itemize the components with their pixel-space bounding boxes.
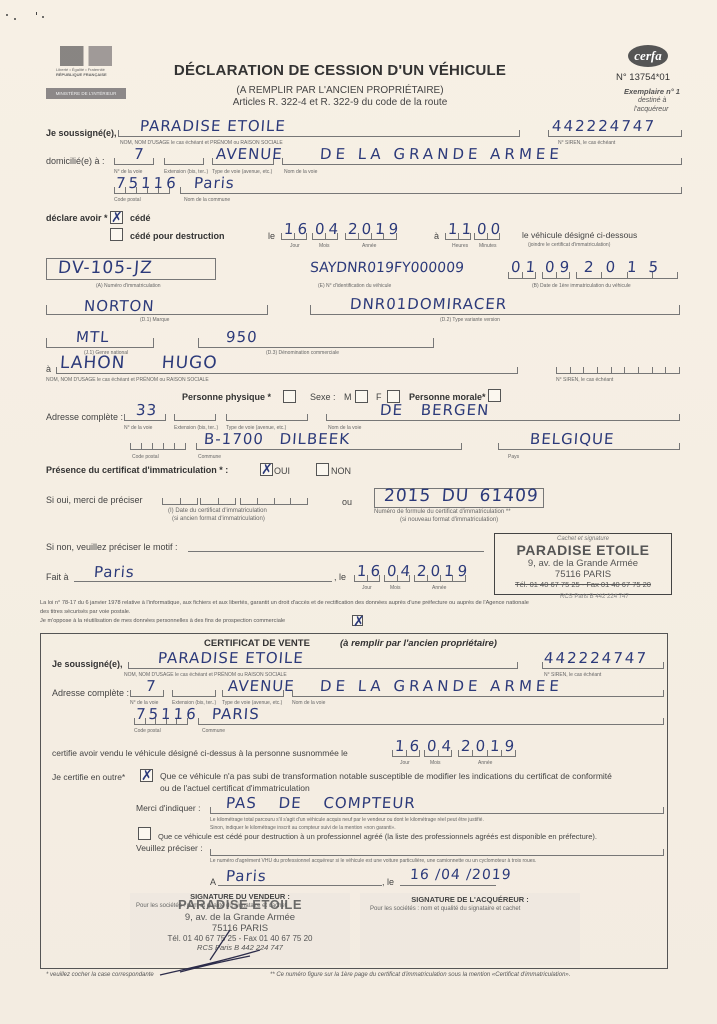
- first-reg-month-value: 09: [544, 258, 574, 276]
- vehicle-designated-text: le véhicule désigné ci-dessous: [522, 230, 637, 240]
- fait-day-value: 16: [356, 562, 384, 580]
- sex-label: Sexe :: [310, 392, 336, 402]
- sale-le-label: , le: [382, 877, 394, 887]
- sale-year-caption: Année: [478, 760, 492, 766]
- sex-m-checkbox[interactable]: [355, 390, 368, 403]
- buyer-siren-field[interactable]: [556, 367, 680, 374]
- fait-day-caption: Jour: [362, 585, 372, 591]
- sale-month-value: 04: [426, 737, 456, 755]
- motif-label: Si non, veuillez préciser le motif :: [46, 542, 178, 552]
- seller-signature-scribble-icon: [150, 920, 270, 980]
- indicate-value: PAS DE COMPTEUR: [225, 794, 416, 812]
- seller-street-type-value: AVENUE: [215, 145, 283, 163]
- legal-text-2: des titres sécurisés par voie postale.: [40, 609, 130, 615]
- certificate-non-label: NON: [331, 466, 351, 476]
- sale-a-label: A: [210, 877, 216, 887]
- buyer-signature-note: Pour les sociétés : nom et qualité du si…: [370, 906, 520, 912]
- physical-person-label: Personne physique *: [182, 392, 271, 402]
- ou-label: ou: [342, 497, 352, 507]
- sale-date-value: 16 /04 /2019: [409, 867, 512, 883]
- plate-caption: (A) Numéro d'immatriculation: [96, 283, 161, 289]
- veuillez-preciser-label: Veuillez préciser :: [136, 843, 203, 853]
- form-title: DÉCLARATION DE CESSION D'UN VÉHICULE: [150, 62, 530, 79]
- sale-address-label: Adresse complète :: [52, 688, 129, 698]
- seller-name-value: PARADISE ETOILE: [139, 117, 286, 135]
- vhu-number-field[interactable]: [210, 849, 664, 856]
- type-variant-caption: (D.2) Type variante version: [440, 317, 500, 323]
- first-reg-year-value: 2015: [583, 258, 670, 276]
- buyer-street-name-value: DE BERGEN: [379, 401, 490, 419]
- cession-month-value: 04: [314, 220, 342, 238]
- sale-extension-field[interactable]: [172, 690, 216, 697]
- seller-street-name-caption: Nom de la voie: [284, 169, 317, 175]
- seller-street-name-value: DE LA GRANDE ARMEE: [319, 145, 563, 163]
- buyer-a-label: à: [46, 364, 51, 374]
- old-cert-caption-2: (si ancien format d'immatriculation): [172, 516, 265, 522]
- fait-month-caption: Mois: [390, 585, 401, 591]
- oppose-label: Je m'oppose à la réutilisation de mes do…: [40, 618, 285, 624]
- certify-sold-text: certifie avoir vendu le véhicule désigné…: [52, 748, 348, 758]
- buyer-extension-field[interactable]: [174, 414, 216, 421]
- old-cert-day-field[interactable]: [162, 498, 198, 505]
- sale-postal-code-value: 75116: [135, 705, 199, 723]
- sale-seller-label: Je soussigné(e),: [52, 659, 123, 669]
- cession-hours-value: 11: [447, 220, 475, 238]
- buyer-country-value: BELGIQUE: [529, 430, 615, 448]
- cession-day-caption: Jour: [290, 243, 300, 249]
- buyer-commune-caption: Commune: [198, 454, 221, 460]
- buyer-postal-code-caption: Code postal: [132, 454, 159, 460]
- first-reg-day-value: 01: [510, 258, 540, 276]
- buyer-street-number-value: 33: [135, 401, 157, 419]
- sale-place-value: Paris: [225, 867, 267, 885]
- stamp-company: PARADISE ETOILE: [495, 542, 671, 558]
- sale-commune-caption: Commune: [202, 728, 225, 734]
- commercial-name-caption: (D.3) Dénomination commerciale: [266, 350, 339, 356]
- fait-label: Fait à: [46, 572, 69, 582]
- footer-note-2: ** Ce numéro figure sur la 1ère page du …: [270, 972, 570, 978]
- seller-siren-caption: N° SIREN, le cas échéant: [558, 140, 615, 146]
- formula-caption-1: Numéro de formule du certificat d'immatr…: [374, 509, 511, 515]
- sale-street-name-caption: Nom de la voie: [292, 700, 325, 706]
- sale-commune-value: PARIS: [211, 705, 260, 723]
- old-cert-year-field[interactable]: [240, 498, 308, 505]
- no-transform-text-2: ou de l'actuel certificat d'immatriculat…: [160, 783, 310, 793]
- certify-further-label: Je certifie en outre*: [52, 772, 125, 782]
- cession-year-caption: Année: [362, 243, 376, 249]
- sex-m-label: M: [344, 392, 352, 402]
- certificate-oui-checkbox[interactable]: [260, 463, 273, 476]
- stamp-rcs: RCS Paris B 442 224 747: [560, 594, 629, 600]
- buyer-country-caption: Pays: [508, 454, 519, 460]
- seller-siren-value: 442224747: [551, 117, 656, 135]
- logo-republic: RÉPUBLIQUE FRANÇAISE: [56, 72, 107, 77]
- fait-le-label: , le: [334, 572, 346, 582]
- fait-year-value: 2019: [416, 562, 471, 580]
- type-variant-value: DNR01DOMIRACER: [349, 295, 507, 313]
- cession-minutes-caption: Minutes: [479, 243, 497, 249]
- seller-extension-field[interactable]: [164, 158, 204, 165]
- fait-place-field[interactable]: [74, 581, 332, 582]
- vehicle-designated-note: (joindre le certificat d'immatriculation…: [528, 242, 610, 248]
- domicile-label: domicilié(e) à :: [46, 156, 105, 166]
- cession-year-value: 2019: [347, 220, 402, 238]
- sale-postal-code-caption: Code postal: [134, 728, 161, 734]
- buyer-street-type-field[interactable]: [226, 414, 308, 421]
- buyer-name-value: LAHON HUGO: [59, 353, 218, 373]
- sale-siren-value: 442224747: [543, 649, 648, 667]
- plate-value: DV-105-JZ: [57, 258, 153, 278]
- motif-field[interactable]: [188, 551, 484, 552]
- indicate-label: Merci d'indiquer :: [136, 803, 200, 813]
- sale-street-name-value: DE LA GRANDE ARMEE: [319, 677, 563, 695]
- sale-cert-title-note: (à remplir par l'ancien propriétaire): [340, 638, 497, 649]
- oppose-checkbox[interactable]: [352, 615, 363, 626]
- marianne-logo: Liberté • Égalité • Fraternité RÉPUBLIQU…: [56, 46, 118, 80]
- commercial-name-value: 950: [225, 328, 258, 346]
- certificate-oui-label: OUI: [274, 466, 290, 476]
- cession-month-caption: Mois: [319, 243, 330, 249]
- copy-dest-2: l'acquéreur: [634, 106, 668, 113]
- scan-speck: [14, 18, 16, 20]
- vin-caption: (E) N° d'identification du véhicule: [318, 283, 391, 289]
- ceded-label: cédé: [130, 213, 151, 223]
- no-transform-text-1: Que ce véhicule n'a pas subi de transfor…: [160, 771, 612, 781]
- copy-dest-1: destiné à: [638, 97, 666, 104]
- old-cert-month-field[interactable]: [200, 498, 236, 505]
- vhu-note: Le numéro d'agrément VHU du professionne…: [210, 858, 536, 864]
- brand-field[interactable]: [46, 305, 268, 315]
- marianne-icon: [60, 46, 112, 66]
- cerfa-logo: cerfa: [628, 45, 668, 67]
- buyer-siren-caption: N° SIREN, le cas échéant: [556, 377, 613, 383]
- scan-speck: [6, 14, 8, 16]
- formula-caption-2: (si nouveau format d'immatriculation): [400, 517, 498, 523]
- fait-place-value: Paris: [93, 563, 135, 581]
- cession-minutes-value: 00: [476, 220, 504, 238]
- certificate-non-checkbox[interactable]: [316, 463, 329, 476]
- form-subtitle-2: Articles R. 322-4 et R. 322-9 du code de…: [170, 97, 510, 108]
- seller-city-caption: Nom de la commune: [184, 197, 230, 203]
- fait-month-value: 04: [386, 562, 414, 580]
- seller-city-value: Paris: [193, 174, 235, 192]
- ceded-checkbox[interactable]: [110, 211, 123, 224]
- ministry-label: MINISTÈRE DE L'INTÉRIEUR: [46, 88, 126, 99]
- cession-form-page: Liberté • Égalité • Fraternité RÉPUBLIQU…: [0, 0, 717, 1024]
- first-reg-caption: (B) Date de 1ère immatriculation du véhi…: [532, 283, 631, 289]
- destruction-checkbox[interactable]: [110, 228, 123, 241]
- time-a-label: à: [434, 231, 439, 241]
- stamp-box: Cachet et signature PARADISE ETOILE 9, a…: [494, 533, 672, 595]
- stamp-address-2: 75116 PARIS: [495, 569, 671, 580]
- cession-hours-caption: Heures: [452, 243, 468, 249]
- brand-caption: (D.1) Marque: [140, 317, 169, 323]
- seller-stamp-company: PARADISE ETOILE: [130, 897, 350, 912]
- legal-text-1: La loi n° 78-17 du 6 janvier 1978 relati…: [40, 600, 529, 606]
- sale-month-caption: Mois: [430, 760, 441, 766]
- genre-value: MTL: [75, 328, 110, 346]
- km-note-1: Le kilométrage total parcouru s'il s'agi…: [210, 817, 484, 823]
- seller-label: Je soussigné(e),: [46, 128, 117, 138]
- date-le-label: le: [268, 231, 275, 241]
- vin-value: SAYDNR019FY000009: [309, 260, 464, 276]
- sale-street-type-value: AVENUE: [227, 677, 295, 695]
- cerfa-number: N° 13754*01: [616, 72, 670, 83]
- ministry-banner: MINISTÈRE DE L'INTÉRIEUR: [46, 88, 126, 99]
- physical-person-checkbox[interactable]: [283, 390, 296, 403]
- precise-label: Si oui, merci de préciser: [46, 495, 143, 505]
- seller-street-number-value: 7: [133, 145, 145, 163]
- buyer-street-number-caption: N° de la voie: [124, 425, 152, 431]
- sale-day-value: 16: [394, 737, 424, 755]
- cession-day-value: 16: [283, 220, 311, 238]
- cerfa-logo-text: cerfa: [628, 45, 668, 67]
- certificate-presence-label: Présence du certificat d'immatriculation…: [46, 465, 228, 475]
- sale-commune-field[interactable]: [198, 718, 664, 725]
- seller-city-field[interactable]: [180, 187, 682, 194]
- form-subtitle-1: (A REMPLIR PAR L'ANCIEN PROPRIÉTAIRE): [170, 85, 510, 96]
- buyer-name-caption: NOM, NOM D'USAGE le cas échéant et PRÉNO…: [46, 377, 209, 383]
- buyer-address-label: Adresse complète :: [46, 412, 123, 422]
- destruction-pro-text: Que ce véhicule est cédé pour destructio…: [158, 832, 597, 841]
- brand-value: NORTON: [83, 297, 155, 315]
- sale-year-value: 2019: [460, 737, 519, 755]
- buyer-commune-value: B-1700 DILBEEK: [203, 430, 350, 448]
- stamp-address-1: 9, av. de la Grande Armée: [495, 558, 671, 569]
- copy-label: Exemplaire n° 1: [624, 87, 680, 96]
- seller-postal-code-caption: Code postal: [114, 197, 141, 203]
- sale-date-field[interactable]: [400, 885, 496, 886]
- km-note-2: Sinon, indiquer le kilométrage inscrit a…: [210, 825, 396, 831]
- sale-cert-title: CERTIFICAT DE VENTE: [204, 638, 310, 649]
- destruction-label: cédé pour destruction: [130, 231, 225, 241]
- scan-speck: [42, 16, 44, 18]
- footer-note-1: * veuillez cocher la case correspondante: [46, 972, 154, 978]
- seller-postal-code-value: 75116: [115, 174, 179, 192]
- no-transform-checkbox[interactable]: [140, 769, 153, 782]
- buyer-signature-title: SIGNATURE DE L'ACQUÉREUR :: [380, 895, 560, 904]
- scan-speck: [36, 12, 37, 15]
- sale-place-field[interactable]: [218, 885, 382, 886]
- stamp-phone: Tél. 01 40 67 75 25 - Fax 01 40 67 75 20: [495, 580, 671, 589]
- sale-day-caption: Jour: [400, 760, 410, 766]
- sale-seller-name-value: PARADISE ETOILE: [157, 649, 304, 667]
- buyer-postal-code-field[interactable]: [130, 443, 186, 450]
- declaration-label: déclare avoir *: [46, 213, 108, 223]
- sale-street-number-value: 7: [145, 677, 157, 695]
- formula-number-value: 2015 DU 61409: [383, 486, 539, 506]
- destruction-pro-checkbox[interactable]: [138, 827, 151, 840]
- old-cert-caption-1: (I) Date du certificat d'immatriculation: [168, 508, 267, 514]
- fait-year-caption: Année: [432, 585, 446, 591]
